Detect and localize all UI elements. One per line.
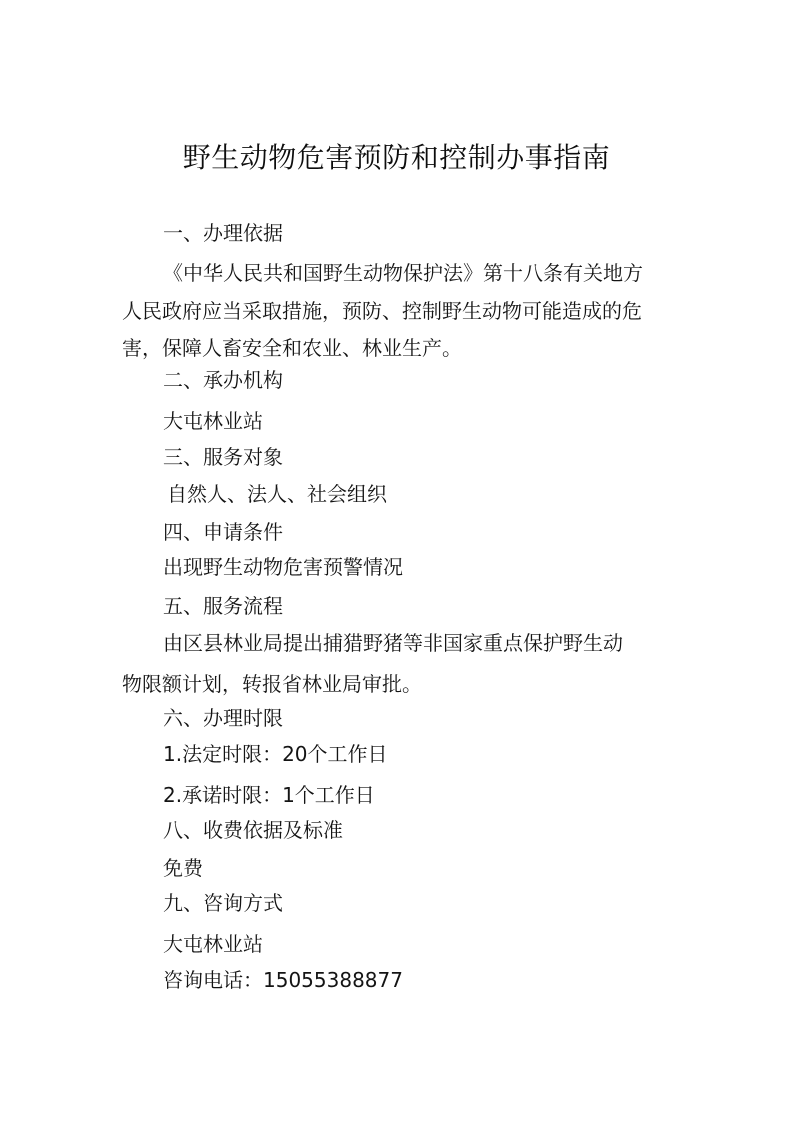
conditions-text: 出现野生动物危害预警情况	[163, 553, 403, 581]
contact-phone: 咨询电话：15055388877	[163, 966, 403, 994]
section-heading-service-target: 三、服务对象	[163, 443, 283, 471]
basis-line-3: 害，保障人畜安全和农业、林业生产。	[122, 334, 462, 362]
contact-agency: 大屯林业站	[163, 930, 263, 958]
fees-text: 免费	[163, 854, 203, 882]
section-heading-agency: 二、承办机构	[163, 366, 283, 394]
process-line-1: 由区县林业局提出捕猎野猪等非国家重点保护野生动	[163, 629, 623, 657]
section-heading-process: 五、服务流程	[163, 592, 283, 620]
section-heading-basis: 一、办理依据	[163, 219, 283, 247]
service-target-text: 自然人、法人、社会组织	[167, 480, 387, 508]
process-line-2: 物限额计划，转报省林业局审批。	[122, 670, 422, 698]
section-heading-fees: 八、收费依据及标准	[163, 816, 343, 844]
document-title: 野生动物危害预防和控制办事指南	[0, 138, 793, 178]
basis-line-1: 《中华人民共和国野生动物保护法》第十八条有关地方	[163, 259, 643, 287]
section-heading-time-limit: 六、办理时限	[163, 704, 283, 732]
section-heading-conditions: 四、申请条件	[163, 518, 283, 546]
agency-name: 大屯林业站	[163, 407, 263, 435]
section-heading-contact: 九、咨询方式	[163, 889, 283, 917]
document-page: 野生动物危害预防和控制办事指南 一、办理依据 《中华人民共和国野生动物保护法》第…	[0, 0, 793, 1122]
promised-time-limit: 2.承诺时限：1个工作日	[163, 781, 375, 809]
statutory-time-limit: 1.法定时限：20个工作日	[163, 740, 388, 768]
basis-line-2: 人民政府应当采取措施，预防、控制野生动物可能造成的危	[122, 297, 642, 325]
